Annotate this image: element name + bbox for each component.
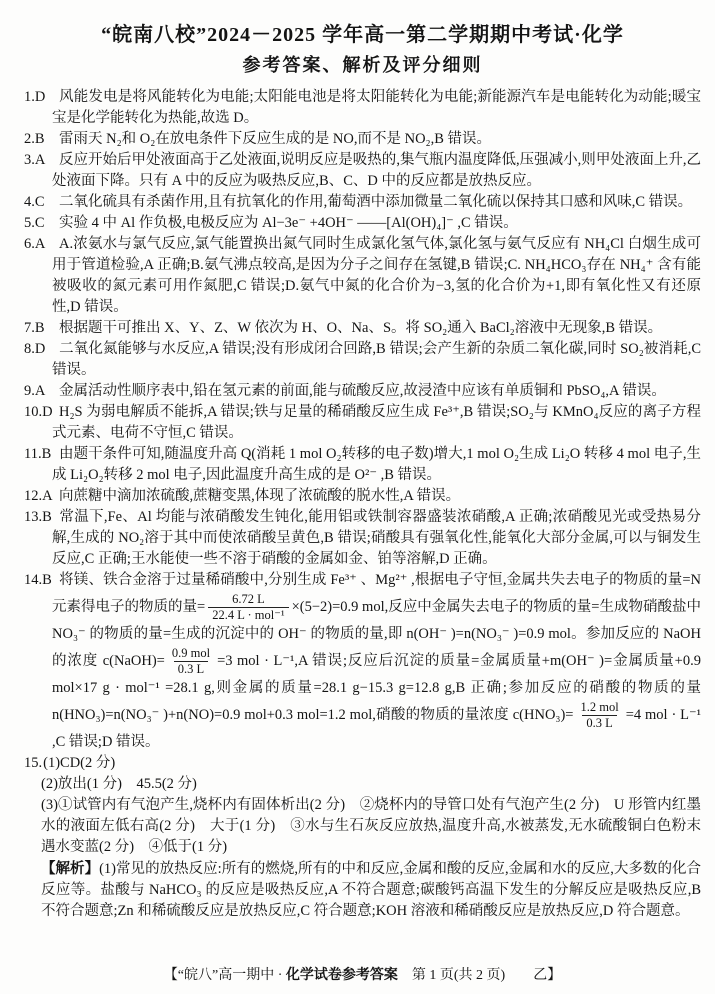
fraction: 0.9 mol0.3 L [168, 646, 214, 677]
answer-item-8: 8.D二氧化氮能够与水反应,A 错误;没有形成闭合回路,B 错误;会产生新的杂质… [24, 339, 701, 381]
footer-page-number: 第 1 页(共 2 页) 乙】 [398, 968, 561, 983]
fraction-denominator: 22.4 L · mol⁻¹ [208, 607, 288, 623]
answer-label: 6.A [24, 234, 59, 255]
answer-item-6: 6.AA.浓氨水与氯气反应,氯气能置换出氮气同时生成氯化氢气体,氯化氢与氨气反应… [24, 234, 701, 318]
answer-15-part1: 15.(1)CD(2 分) [24, 753, 701, 774]
answer-label: 10.D [24, 402, 59, 423]
exam-answer-page: “皖南八校”2024－2025 学年高一第二学期期中考试·化学 参考答案、解析及… [0, 0, 715, 994]
answer-item-12: 12.A向蔗糖中滴加浓硫酸,蔗糖变黑,体现了浓硫酸的脱水性,A 错误。 [24, 486, 701, 507]
answer-item-9: 9.A金属活动性顺序表中,铅在氢元素的前面,能与硫酸反应,故浸渣中应该有单质铜和… [24, 381, 701, 402]
answer-text: 金属活动性顺序表中,铅在氢元素的前面,能与硫酸反应,故浸渣中应该有单质铜和 Pb… [59, 383, 666, 399]
answer-label: 11.B [24, 444, 59, 465]
answer-label: 12.A [24, 486, 59, 507]
fraction: 6.72 L22.4 L · mol⁻¹ [208, 592, 288, 623]
answer-label: 5.C [24, 213, 59, 234]
answer-text: 常温下,Fe、Al 均能与浓硝酸发生钝化,能用铝或铁制容器盛装浓硝酸,A 正确;… [52, 509, 701, 567]
analysis-paragraph: 【解析】(1)常见的放热反应:所有的燃烧,所有的中和反应,金属和酸的反应,金属和… [41, 859, 701, 922]
answer-item-7: 7.B根据题干可推出 X、Y、Z、W 依次为 H、O、Na、S。将 SO₂通入 … [24, 318, 701, 339]
answer-label: 8.D [24, 339, 59, 360]
answer-item-5: 5.C实验 4 中 Al 作负极,电极反应为 Al−3e⁻ +4OH⁻ ——[A… [24, 213, 701, 234]
answer-text: H₂S 为弱电解质不能拆,A 错误;铁与足量的稀硝酸反应生成 Fe³⁺,B 错误… [52, 404, 701, 441]
answer-item-10: 10.DH₂S 为弱电解质不能拆,A 错误;铁与足量的稀硝酸反应生成 Fe³⁺,… [24, 402, 701, 444]
answer-label: 14.B [24, 570, 59, 591]
answer-label: 2.B [24, 129, 59, 150]
answer-text: 由题干条件可知,随温度升高 Q(消耗 1 mol O₂转移的电子数)增大,1 m… [52, 446, 701, 483]
answer-label: 13.B [24, 507, 59, 528]
footer-exam-name: 【“皖八”高一期中 · [164, 968, 286, 983]
answer-text: 实验 4 中 Al 作负极,电极反应为 Al−3e⁻ +4OH⁻ ——[Al(O… [59, 215, 518, 231]
answer-15-part2: (2)放出(1 分) 45.5(2 分) [41, 774, 701, 795]
answer-text: 二氧化氮能够与水反应,A 错误;没有形成闭合回路,B 错误;会产生新的杂质二氧化… [52, 341, 701, 378]
answer-text: A.浓氨水与氯气反应,氯气能置换出氮气同时生成氯化氢气体,氯化氢与氨气反应有 N… [52, 236, 701, 315]
answer-label: 1.D [24, 87, 59, 108]
answer-text: 反应开始后甲处液面高于乙处液面,说明反应是吸热的,集气瓶内温度降低,压强减小,则… [52, 152, 701, 189]
answer-item-4: 4.C二氧化硫具有杀菌作用,且有抗氧化的作用,葡萄酒中添加微量二氧化硫以保持其口… [24, 192, 701, 213]
fraction: 1.2 mol0.3 L [577, 700, 623, 731]
page-footer: 【“皖八”高一期中 · 化学试卷参考答案 第 1 页(共 2 页) 乙】 [24, 964, 701, 984]
answer-label: 7.B [24, 318, 59, 339]
fraction-denominator: 0.3 L [174, 661, 208, 677]
answer-15-part3: (3)①试管内有气泡产生,烧杯内有固体析出(2 分) ②烧杯内的导管口处有气泡产… [41, 795, 701, 858]
answer-text: (1)CD(2 分) [43, 755, 115, 771]
answer-item-1: 1.D风能发电是将风能转化为电能;太阳能电池是将太阳能转化为电能;新能源汽车是电… [24, 87, 701, 129]
answer-item-11: 11.B由题干条件可知,随温度升高 Q(消耗 1 mol O₂转移的电子数)增大… [24, 444, 701, 486]
answers-content: 1.D风能发电是将风能转化为电能;太阳能电池是将太阳能转化为电能;新能源汽车是电… [24, 87, 701, 958]
answer-item-2: 2.B雷雨天 N₂和 O₂在放电条件下反应生成的是 NO,而不是 NO₂,B 错… [24, 129, 701, 150]
answer-label: 15. [24, 755, 42, 771]
footer-doc-name: 化学试卷参考答案 [286, 968, 398, 983]
answer-label: 4.C [24, 192, 59, 213]
page-subtitle: 参考答案、解析及评分细则 [24, 51, 701, 77]
answer-item-3: 3.A反应开始后甲处液面高于乙处液面,说明反应是吸热的,集气瓶内温度降低,压强减… [24, 150, 701, 192]
fraction-numerator: 6.72 L [228, 592, 269, 607]
analysis-text: (1)常见的放热反应:所有的燃烧,所有的中和反应,金属和酸的反应,金属和水的反应… [41, 861, 701, 919]
answer-label: 3.A [24, 150, 59, 171]
answer-item-13: 13.B常温下,Fe、Al 均能与浓硝酸发生钝化,能用铝或铁制容器盛装浓硝酸,A… [24, 507, 701, 570]
answer-text: 风能发电是将风能转化为电能;太阳能电池是将太阳能转化为电能;新能源汽车是电能转化… [52, 89, 701, 126]
answer-item-15: 15.(1)CD(2 分) (2)放出(1 分) 45.5(2 分) (3)①试… [24, 753, 701, 921]
answer-item-14: 14.B将镁、铁合金溶于过量稀硝酸中,分别生成 Fe³⁺ 、Mg²⁺ ,根据电子… [24, 570, 701, 753]
fraction-denominator: 0.3 L [582, 715, 616, 731]
answer-text: 二氧化硫具有杀菌作用,且有抗氧化的作用,葡萄酒中添加微量二氧化硫以保持其口感和风… [59, 194, 692, 210]
answer-text: 雷雨天 N₂和 O₂在放电条件下反应生成的是 NO,而不是 NO₂,B 错误。 [59, 131, 491, 147]
fraction-numerator: 0.9 mol [168, 646, 214, 661]
page-title: “皖南八校”2024－2025 学年高一第二学期期中考试·化学 [24, 18, 701, 47]
answer-text: 根据题干可推出 X、Y、Z、W 依次为 H、O、Na、S。将 SO₂通入 BaC… [59, 320, 662, 336]
fraction-numerator: 1.2 mol [577, 700, 623, 715]
analysis-label: 【解析】 [41, 861, 99, 877]
answer-text: 向蔗糖中滴加浓硫酸,蔗糖变黑,体现了浓硫酸的脱水性,A 错误。 [59, 488, 460, 504]
answer-label: 9.A [24, 381, 59, 402]
